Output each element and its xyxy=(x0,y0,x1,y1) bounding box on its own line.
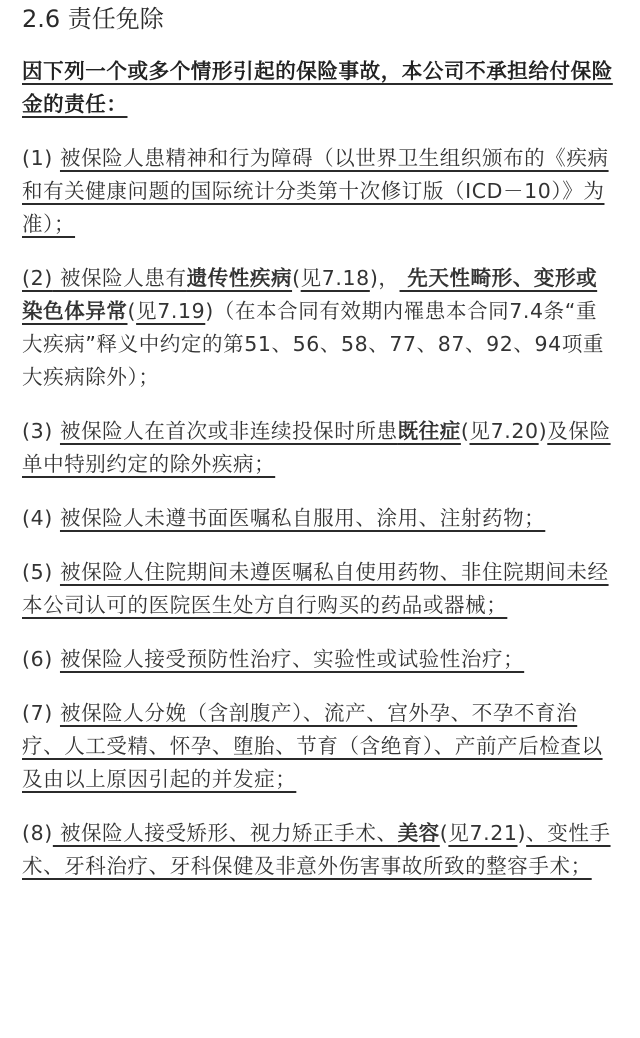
item-number: (4) xyxy=(22,506,60,530)
item-number: (5) xyxy=(22,560,60,584)
exclusion-item-5: (5) 被保险人住院期间未遵医嘱私自使用药物、非住院期间未经本公司认可的医院医生… xyxy=(22,556,618,622)
exclusion-item-6: (6) 被保险人接受预防性治疗、实验性或试验性治疗； xyxy=(22,643,618,676)
exclusion-item-1: (1) 被保险人患精神和行为障碍（以世界卫生组织颁布的《疾病和有关健康问题的国际… xyxy=(22,142,618,241)
ref-link-7-19[interactable]: 见7.19 xyxy=(136,299,205,323)
term-hereditary-disease: 遗传性疾病 xyxy=(187,266,293,290)
item-number: (3) xyxy=(22,419,60,443)
item-text: 被保险人未遵书面医嘱私自服用、涂用、注射药物； xyxy=(60,506,545,530)
item-text: 被保险人患有 xyxy=(53,266,187,290)
exclusion-item-3: (3) 被保险人在首次或非连续投保时所患既往症(见7.20)及保险单中特别约定的… xyxy=(22,415,618,481)
exclusion-item-8: (8) 被保险人接受矫形、视力矫正手术、美容(见7.21)、变性手术、牙科治疗、… xyxy=(22,817,618,883)
paren-close: ) xyxy=(518,821,527,845)
item-number: (7) xyxy=(22,701,60,725)
document-page: 2.6 责任免除 因下列一个或多个情形引起的保险事故，本公司不承担给付保险金的责… xyxy=(0,0,640,883)
item-text: 被保险人患精神和行为障碍（以世界卫生组织颁布的《疾病和有关健康问题的国际统计分类… xyxy=(22,146,609,236)
paren-open: ( xyxy=(128,299,137,323)
item-number: (8) xyxy=(22,821,53,845)
paren-open: ( xyxy=(461,419,470,443)
paren-close: ) xyxy=(205,299,214,323)
paren-open: ( xyxy=(292,266,301,290)
item-text: 被保险人在首次或非连续投保时所患 xyxy=(60,419,398,443)
exclusion-item-2: (2) 被保险人患有遗传性疾病(见7.18)， 先天性畸形、变形或染色体异常(见… xyxy=(22,262,618,394)
item-text: 被保险人接受矫形、视力矫正手术、 xyxy=(53,821,398,845)
item-text: 被保险人住院期间未遵医嘱私自使用药物、非住院期间未经本公司认可的医院医生处方自行… xyxy=(22,560,609,617)
paren-close: ) xyxy=(539,419,548,443)
section-intro: 因下列一个或多个情形引起的保险事故，本公司不承担给付保险金的责任： xyxy=(22,55,618,121)
term-cosmetic: 美容 xyxy=(398,821,440,845)
item-number: (1) xyxy=(22,146,60,170)
ref-link-7-18[interactable]: 见7.18 xyxy=(301,266,370,290)
item-text: 被保险人接受预防性治疗、实验性或试验性治疗； xyxy=(60,647,524,671)
exclusion-item-4: (4) 被保险人未遵书面医嘱私自服用、涂用、注射药物； xyxy=(22,502,618,535)
item-text: 被保险人分娩（含剖腹产）、流产、宫外孕、不孕不育治疗、人工受精、怀孕、堕胎、节育… xyxy=(22,701,603,791)
paren-close: )， xyxy=(370,266,400,290)
item-number: (2) xyxy=(22,266,53,290)
term-pre-existing-condition: 既往症 xyxy=(398,419,461,443)
ref-link-7-20[interactable]: 见7.20 xyxy=(470,419,539,443)
item-number: (6) xyxy=(22,647,60,671)
exclusion-item-7: (7) 被保险人分娩（含剖腹产）、流产、宫外孕、不孕不育治疗、人工受精、怀孕、堕… xyxy=(22,697,618,796)
ref-link-7-21[interactable]: 见7.21 xyxy=(448,821,517,845)
section-title: 2.6 责任免除 xyxy=(22,0,618,34)
